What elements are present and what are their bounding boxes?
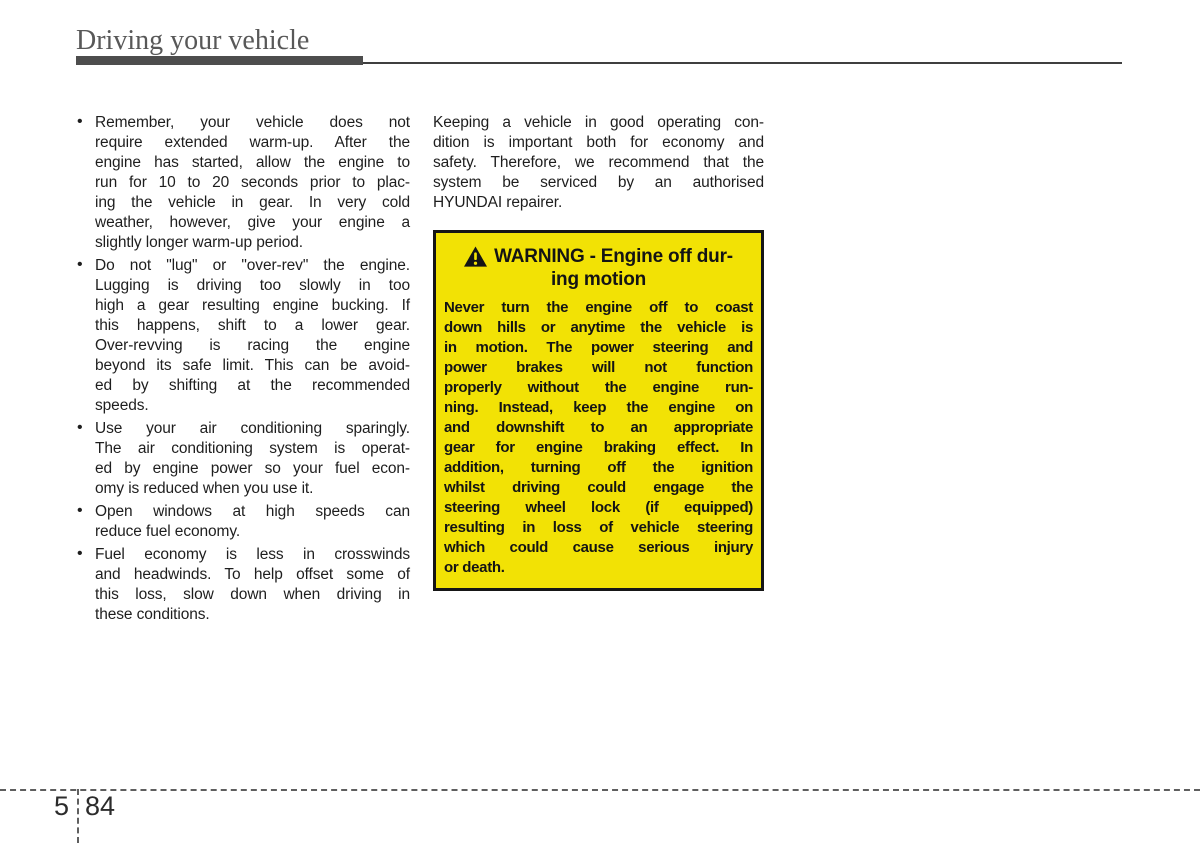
text-line: Use your air conditioning sparingly.	[95, 419, 410, 439]
text-line: Remember, your vehicle does not	[95, 113, 410, 133]
title-underline-bar	[76, 56, 363, 65]
footer-dashed-line	[0, 789, 1200, 791]
title-underline-rule	[363, 62, 1122, 64]
text-line: or death.	[444, 558, 753, 578]
bullet-text: Use your air conditioning sparingly.The …	[95, 419, 410, 499]
text-line: these conditions.	[95, 605, 410, 625]
bullet-text: Fuel economy is less in crosswindsand he…	[95, 545, 410, 625]
warning-body: Never turn the engine off to coastdown h…	[444, 298, 753, 578]
text-line: run for 10 to 20 seconds prior to plac-	[95, 173, 410, 193]
text-line: which could cause serious injury	[444, 538, 753, 558]
text-line: Keeping a vehicle in good operating con-	[433, 113, 764, 133]
warning-heading: WARNING - Engine off dur- ing motion	[444, 245, 753, 291]
text-line: whilst driving could engage the	[444, 478, 753, 498]
text-line: down hills or anytime the vehicle is	[444, 318, 753, 338]
warning-heading-line1: WARNING - Engine off dur-	[444, 245, 753, 268]
list-item: •Fuel economy is less in crosswindsand h…	[76, 545, 410, 625]
bullet-marker: •	[77, 112, 83, 132]
intro-paragraph: Keeping a vehicle in good operating con-…	[433, 113, 764, 213]
text-line: addition, turning off the ignition	[444, 458, 753, 478]
list-item: •Remember, your vehicle does notrequire …	[76, 113, 410, 253]
text-line: high a gear resulting engine bucking. If	[95, 296, 410, 316]
text-line: HYUNDAI repairer.	[433, 193, 764, 213]
bullet-text: Remember, your vehicle does notrequire e…	[95, 113, 410, 253]
text-line: reduce fuel economy.	[95, 522, 410, 542]
bullet-marker: •	[77, 501, 83, 521]
list-item: •Open windows at high speeds canreduce f…	[76, 502, 410, 542]
text-line: Lugging is driving too slowly in too	[95, 276, 410, 296]
text-line: Open windows at high speeds can	[95, 502, 410, 522]
bullet-marker: •	[77, 255, 83, 275]
list-item: •Do not "lug" or "over-rev" the engine.L…	[76, 256, 410, 416]
text-line: safety. Therefore, we recommend that the	[433, 153, 764, 173]
page-number-divider	[77, 789, 79, 843]
warning-triangle-icon	[464, 246, 487, 267]
page-title: Driving your vehicle	[76, 26, 309, 56]
manual-page: Driving your vehicle •Remember, your veh…	[0, 0, 1200, 843]
text-line: properly without the engine run-	[444, 378, 753, 398]
bullet-marker: •	[77, 544, 83, 564]
text-line: Do not "lug" or "over-rev" the engine.	[95, 256, 410, 276]
left-column: •Remember, your vehicle does notrequire …	[76, 113, 410, 628]
text-line: gear for engine braking effect. In	[444, 438, 753, 458]
text-line: omy is reduced when you use it.	[95, 479, 410, 499]
text-line: resulting in loss of vehicle steering	[444, 518, 753, 538]
text-line: speeds.	[95, 396, 410, 416]
text-line: Over-revving is racing the engine	[95, 336, 410, 356]
text-line: this loss, slow down when driving in	[95, 585, 410, 605]
text-line: ed by shifting at the recommended	[95, 376, 410, 396]
warning-box: WARNING - Engine off dur- ing motion Nev…	[433, 230, 764, 591]
text-line: dition is important both for economy and	[433, 133, 764, 153]
bullet-text: Open windows at high speeds canreduce fu…	[95, 502, 410, 542]
text-line: The air conditioning system is operat-	[95, 439, 410, 459]
text-line: slightly longer warm-up period.	[95, 233, 410, 253]
text-line: ing the vehicle in gear. In very cold	[95, 193, 410, 213]
tips-list: •Remember, your vehicle does notrequire …	[76, 113, 410, 625]
text-line: system be serviced by an authorised	[433, 173, 764, 193]
text-line: power brakes will not function	[444, 358, 753, 378]
text-line: Fuel economy is less in crosswinds	[95, 545, 410, 565]
text-line: engine has started, allow the engine to	[95, 153, 410, 173]
text-line: this happens, shift to a lower gear.	[95, 316, 410, 336]
text-line: and downshift to an appropriate	[444, 418, 753, 438]
text-line: require extended warm-up. After the	[95, 133, 410, 153]
bullet-text: Do not "lug" or "over-rev" the engine.Lu…	[95, 256, 410, 416]
text-line: weather, however, give your engine a	[95, 213, 410, 233]
chapter-number: 5	[30, 792, 69, 820]
bullet-marker: •	[77, 418, 83, 438]
text-line: ning. Instead, keep the engine on	[444, 398, 753, 418]
list-item: •Use your air conditioning sparingly.The…	[76, 419, 410, 499]
warning-heading-line2: ing motion	[444, 268, 753, 291]
text-line: ed by engine power so your fuel econ-	[95, 459, 410, 479]
text-line: beyond its safe limit. This can be avoid…	[95, 356, 410, 376]
text-line: steering wheel lock (if equipped)	[444, 498, 753, 518]
page-number: 84	[85, 792, 115, 820]
right-column: Keeping a vehicle in good operating con-…	[433, 113, 764, 591]
text-line: Never turn the engine off to coast	[444, 298, 753, 318]
warning-heading-text1: WARNING - Engine off dur-	[494, 245, 733, 268]
text-line: in motion. The power steering and	[444, 338, 753, 358]
text-line: and headwinds. To help offset some of	[95, 565, 410, 585]
